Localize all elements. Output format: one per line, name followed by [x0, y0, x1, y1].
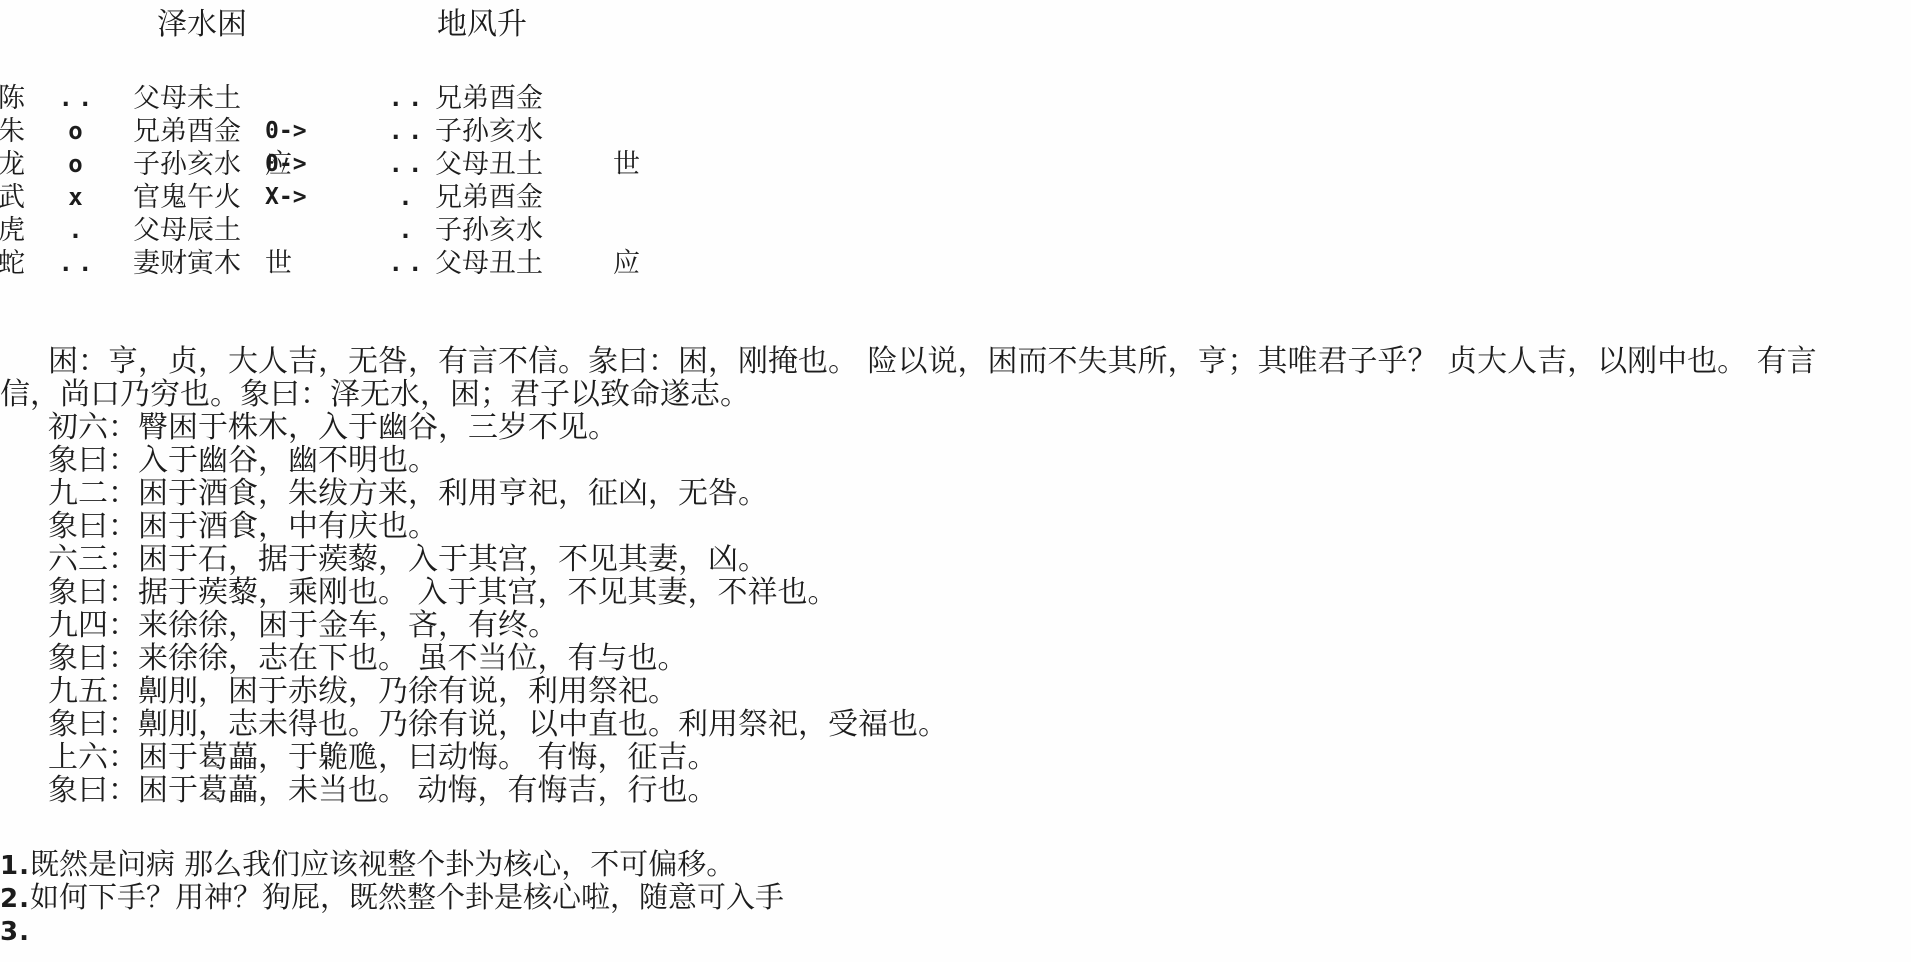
line-label-right: 兄弟酉金	[435, 181, 543, 214]
document-page: 泽水困 地风升 陈 .. 父母未土 .. 兄弟酉金 朱 o 兄弟酉金 0-> .…	[0, 0, 1911, 962]
text-line: 象曰：困于酒食，中有庆也。	[0, 510, 1911, 543]
text-line: 象曰：来徐徐，志在下也。 虽不当位，有与也。	[0, 642, 1911, 675]
hexagram-title-changed: 地风升	[437, 8, 527, 42]
note-number: 1.	[0, 851, 30, 881]
line-marker-right: .	[388, 181, 428, 214]
notes-block: 1.既然是问病 那么我们应该视整个卦为核心，不可偏移。 2.如何下手？用神？狗屁…	[0, 848, 1911, 947]
line-label-right: 兄弟酉金	[435, 82, 543, 115]
hexagram-row: 武 x 官鬼午火 X-> . 兄弟酉金	[0, 181, 720, 214]
text-line: 信，尚口乃穷也。象曰：泽无水，困；君子以致命遂志。	[0, 378, 1911, 411]
text-line: 九四：来徐徐，困于金车，吝，有终。	[0, 609, 1911, 642]
line-marker-right: ..	[388, 247, 428, 280]
line-marker-left: ..	[58, 247, 98, 280]
shi-ying-tag-right: 应	[613, 247, 640, 280]
text-line: 象曰：据于蒺藜，乘刚也。 入于其宫，不见其妻，不祥也。	[0, 576, 1911, 609]
note-line: 2.如何下手？用神？狗屁，既然整个卦是核心啦，随意可入手	[0, 881, 1911, 914]
text-line: 初六：臀困于株木，入于幽谷，三岁不见。	[0, 411, 1911, 444]
change-arrow: 0->	[265, 148, 307, 181]
hexagram-row: 龙 o 子孙亥水 应0-> .. 父母丑土 世	[0, 148, 720, 181]
line-marker-right: ..	[388, 82, 428, 115]
line-marker-left: o	[58, 148, 98, 181]
text-line: 上六：困于葛藟，于臲卼，曰动悔。 有悔，征吉。	[0, 741, 1911, 774]
ying-shi-tag: 世	[265, 247, 292, 280]
line-marker-left: x	[58, 181, 98, 214]
hexagram-row: 陈 .. 父母未土 .. 兄弟酉金	[0, 82, 720, 115]
text-line: 九二：困于酒食，朱绂方来，利用亨祀，征凶，无咎。	[0, 477, 1911, 510]
change-arrow: 0->	[265, 115, 307, 148]
line-label-left: 父母辰土	[133, 214, 241, 247]
hexagram-row: 虎 . 父母辰土 . 子孙亥水	[0, 214, 720, 247]
note-line: 1.既然是问病 那么我们应该视整个卦为核心，不可偏移。	[0, 848, 1911, 881]
note-number: 3.	[0, 917, 30, 947]
line-label-right: 子孙亥水	[435, 214, 543, 247]
hexagram-panel: 泽水困 地风升 陈 .. 父母未土 .. 兄弟酉金 朱 o 兄弟酉金 0-> .…	[0, 0, 720, 290]
text-line: 困：亨，贞，大人吉，无咎，有言不信。彖曰：困，刚掩也。 险以说，困而不失其所，亨…	[0, 345, 1911, 378]
line-label-left: 官鬼午火	[133, 181, 241, 214]
six-beast-label: 虎	[0, 214, 25, 247]
line-label-left: 子孙亥水	[133, 148, 241, 181]
six-beast-label: 龙	[0, 148, 25, 181]
note-number: 2.	[0, 884, 30, 914]
text-line: 象曰：劓刖，志未得也。乃徐有说，以中直也。利用祭祀，受福也。	[0, 708, 1911, 741]
line-marker-left: o	[58, 115, 98, 148]
shi-ying-tag-right: 世	[613, 148, 640, 181]
hexagram-row: 朱 o 兄弟酉金 0-> .. 子孙亥水	[0, 115, 720, 148]
line-marker-right: ..	[388, 148, 428, 181]
classic-text-block: 困：亨，贞，大人吉，无咎，有言不信。彖曰：困，刚掩也。 险以说，困而不失其所，亨…	[0, 345, 1911, 807]
note-text: 如何下手？用神？狗屁，既然整个卦是核心啦，随意可入手	[30, 880, 784, 914]
line-marker-left: ..	[58, 82, 98, 115]
hexagram-row: 蛇 .. 妻财寅木 世 .. 父母丑土 应	[0, 247, 720, 280]
hexagram-title-original: 泽水困	[157, 8, 247, 42]
text-line: 象曰：入于幽谷，幽不明也。	[0, 444, 1911, 477]
line-label-left: 父母未土	[133, 82, 241, 115]
six-beast-label: 陈	[0, 82, 25, 115]
text-line: 六三：困于石，据于蒺藜，入于其宫，不见其妻，凶。	[0, 543, 1911, 576]
line-marker-right: ..	[388, 115, 428, 148]
line-marker-right: .	[388, 214, 428, 247]
line-label-right: 子孙亥水	[435, 115, 543, 148]
line-label-right: 父母丑土	[435, 247, 543, 280]
note-text: 既然是问病 那么我们应该视整个卦为核心，不可偏移。	[30, 847, 735, 881]
six-beast-label: 蛇	[0, 247, 25, 280]
change-arrow: X->	[265, 181, 307, 214]
six-beast-label: 武	[0, 181, 25, 214]
line-label-left: 妻财寅木	[133, 247, 241, 280]
text-line: 象曰：困于葛藟，未当也。 动悔，有悔吉，行也。	[0, 774, 1911, 807]
six-beast-label: 朱	[0, 115, 25, 148]
text-line: 九五：劓刖，困于赤绂，乃徐有说，利用祭祀。	[0, 675, 1911, 708]
line-label-left: 兄弟酉金	[133, 115, 241, 148]
line-marker-left: .	[58, 214, 98, 247]
note-line: 3.	[0, 914, 1911, 947]
line-label-right: 父母丑土	[435, 148, 543, 181]
